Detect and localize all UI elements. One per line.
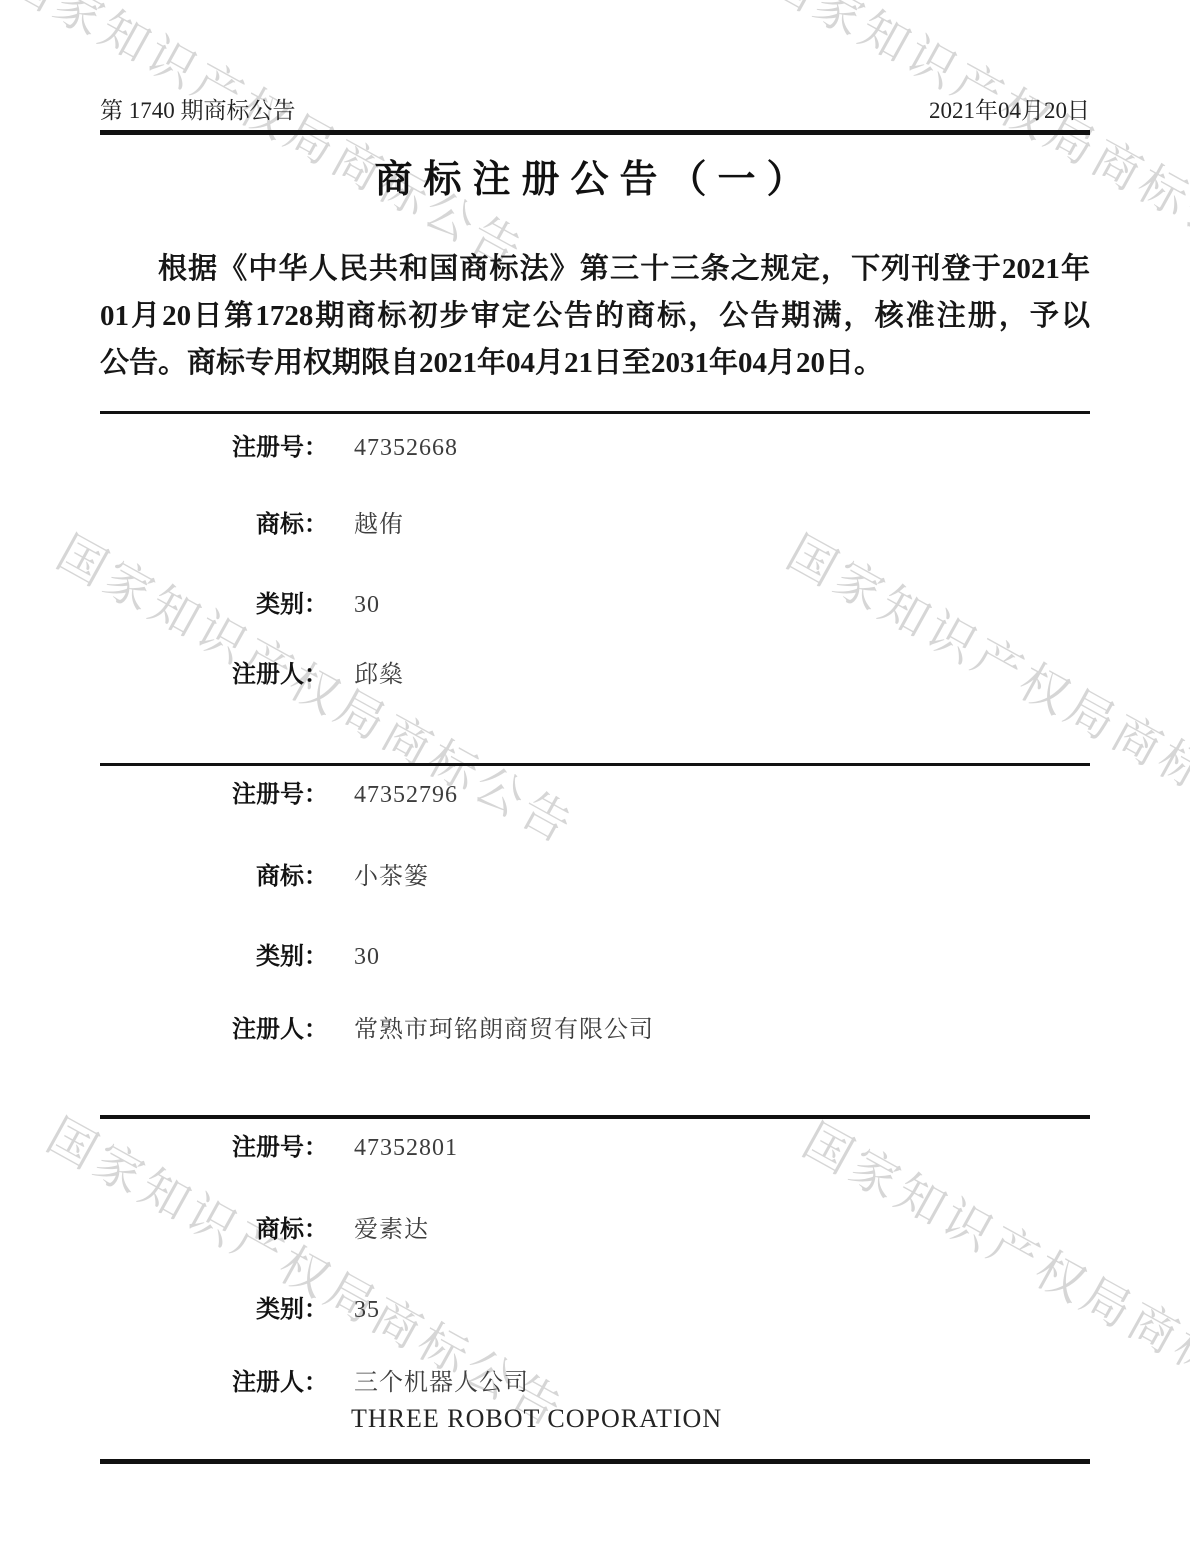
field-value-registrant: 邱燊 <box>354 658 404 692</box>
header-rule <box>100 130 1090 135</box>
field-row-reg-no: 注册号： 47352801 <box>100 1131 1090 1165</box>
field-value-registrant-english: THREE ROBOT COPORATION <box>351 1404 722 1434</box>
trademark-gazette-page: 国家知识产权局商标公告 国家知识产权局商标公告 国家知识产权局商标公告 国家知识… <box>0 0 1190 1564</box>
field-value-reg-no: 47352796 <box>354 778 458 812</box>
field-row-category: 类别： 30 <box>100 588 1090 622</box>
intro-line: 01月20日第1728期商标初步审定公告的商标，公告期满，核准注册，予以 <box>100 293 1090 340</box>
field-label-reg-no: 注册号： <box>100 778 328 812</box>
field-value-registrant: 常熟市珂铭朗商贸有限公司 <box>354 1013 654 1047</box>
field-label-registrant: 注册人： <box>100 1366 328 1400</box>
field-value-trademark: 越侑 <box>354 508 404 542</box>
field-label-reg-no: 注册号： <box>100 1131 328 1165</box>
watermark: 国家知识产权局商标公告 <box>757 0 1190 283</box>
field-row-registrant: 注册人： 三个机器人公司 <box>100 1366 1090 1400</box>
field-label-category: 类别： <box>100 588 328 622</box>
entry-separator <box>100 1115 1090 1119</box>
field-label-registrant: 注册人： <box>100 1013 328 1047</box>
field-label-category: 类别： <box>100 940 328 974</box>
entry-separator <box>100 763 1090 766</box>
field-value-reg-no: 47352801 <box>354 1131 458 1165</box>
field-value-category: 35 <box>354 1293 380 1327</box>
page-title: 商标注册公告（一） <box>0 148 1190 203</box>
field-label-registrant: 注册人： <box>100 658 328 692</box>
field-value-trademark: 小茶篓 <box>354 860 429 894</box>
field-row-category: 类别： 30 <box>100 940 1090 974</box>
field-label-trademark: 商标： <box>100 860 328 894</box>
issue-number: 第 1740 期商标公告 <box>100 92 296 125</box>
field-label-reg-no: 注册号： <box>100 431 328 465</box>
field-row-registrant: 注册人： 邱燊 <box>100 658 1090 692</box>
field-label-trademark: 商标： <box>100 1213 328 1247</box>
field-value-reg-no: 47352668 <box>354 431 458 465</box>
field-row-reg-no: 注册号： 47352668 <box>100 431 1090 465</box>
intro-line: 根据《中华人民共和国商标法》第三十三条之规定，下列刊登于2021年 <box>100 246 1090 293</box>
watermark: 国家知识产权局商标公告 <box>0 0 540 283</box>
field-label-trademark: 商标： <box>100 508 328 542</box>
field-row-reg-no: 注册号： 47352796 <box>100 778 1090 812</box>
field-value-category: 30 <box>354 940 380 974</box>
publication-date: 2021年04月20日 <box>929 92 1090 125</box>
field-value-category: 30 <box>354 588 380 622</box>
field-value-registrant: 三个机器人公司 <box>354 1366 529 1400</box>
field-row-trademark: 商标： 爱素达 <box>100 1213 1090 1247</box>
entry-separator <box>100 411 1090 414</box>
field-row-registrant: 注册人： 常熟市珂铭朗商贸有限公司 <box>100 1013 1090 1047</box>
intro-paragraph: 根据《中华人民共和国商标法》第三十三条之规定，下列刊登于2021年 01月20日… <box>100 246 1090 387</box>
intro-line: 公告。商标专用权期限自2021年04月21日至2031年04月20日。 <box>100 340 1090 387</box>
field-row-category: 类别： 35 <box>100 1293 1090 1327</box>
bottom-rule <box>100 1459 1090 1464</box>
field-label-category: 类别： <box>100 1293 328 1327</box>
field-row-trademark: 商标： 越侑 <box>100 508 1090 542</box>
field-value-trademark: 爱素达 <box>354 1213 429 1247</box>
field-row-trademark: 商标： 小茶篓 <box>100 860 1090 894</box>
